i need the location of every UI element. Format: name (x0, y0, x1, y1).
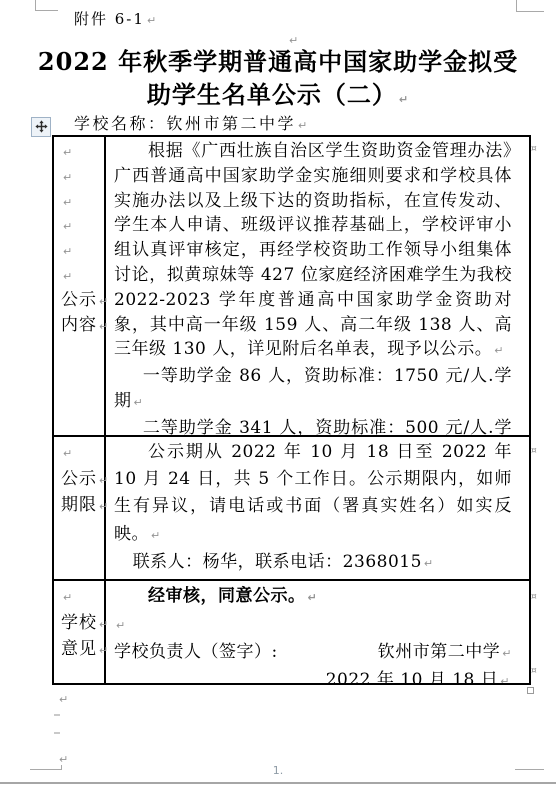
row-label-text: 期限↵ (61, 492, 104, 519)
row-label-text: 内容↵ (61, 313, 104, 338)
paragraph-mark-line: ↵ (61, 189, 104, 214)
paragraph-mark-line: ↵ (61, 238, 104, 263)
signature-line: 学校负责人（签字）: 钦州市第二中学↵ (114, 639, 512, 667)
grant-tier1-line: 一等助学金 86 人，资助标准：1750 元/人.学期↵ (114, 364, 512, 416)
four-way-arrow-icon (35, 118, 48, 137)
pilcrow-mark-icon: ↵ (308, 591, 318, 604)
pilcrow-mark-icon: ↵ (63, 196, 72, 209)
pilcrow-mark-icon: ↵ (63, 591, 72, 604)
row-label-text: 公示↵ (61, 288, 104, 313)
pilcrow-mark-icon: ↵ (298, 119, 310, 132)
document-title: 2022 年秋季学期普通高中国家助学金拟受 助学生名单公示（二）↵ (0, 45, 556, 116)
end-of-row-mark-icon: ¤ (531, 592, 537, 602)
contact-person-line: 联系人：杨华，联系电话：2368015↵ (114, 549, 512, 577)
attachment-text: 附件 6-1 (74, 10, 145, 28)
notice-body-paragraph: 根据《广西壮族自治区学生资助资金管理办法》广西普通高中国家助学金实施细则要求和学… (114, 139, 512, 364)
paragraph-mark-line: ↵ (61, 583, 104, 610)
pilcrow-mark-icon: ↵ (399, 93, 409, 106)
row-label-text: 意见↵ (61, 636, 104, 663)
signature-school: 钦州市第二中学↵ (378, 639, 512, 667)
empty-paragraph-mark: ↵ (57, 688, 68, 707)
row-label-cell-period[interactable]: ↵ 公示↵ 期限↵ (54, 437, 106, 579)
content-cell-学校意见[interactable]: 经审核，同意公示。↵ ↵ 学校负责人（签字）: 钦州市第二中学↵ 2022 年 … (106, 581, 529, 683)
signature-label: 学校负责人（签字）: (114, 639, 278, 667)
pilcrow-mark-icon: ↵ (63, 270, 72, 283)
approval-line: 经审核，同意公示。↵ (114, 583, 512, 611)
paragraph-mark-line: ↵ (61, 439, 104, 466)
row-label-cell-opinion[interactable]: ↵ 学校↵ 意见↵ (54, 581, 106, 683)
table-move-handle[interactable] (31, 117, 51, 137)
aid-center-phone-line: 钦州市学生资助管理中心电话：2819979↵ (114, 577, 512, 579)
pilcrow-mark-icon: ↵ (134, 396, 144, 409)
paragraph-mark-line: ↵ (61, 164, 104, 189)
pilcrow-mark-icon: ↵ (59, 693, 68, 706)
pilcrow-mark-icon: ↵ (116, 619, 126, 632)
school-name-line: 学校名称：钦州市第二中学↵ (74, 111, 310, 134)
table-row-content: ↵ ↵ ↵ ↵ ↵ ↵ 公示↵ 内容↵ 根据《广西壮族自治区学生资助资金管理办法… (54, 137, 529, 435)
page-bottom-edge (0, 782, 556, 784)
end-of-table-square-mark (527, 687, 534, 694)
table-row-opinion: ↵ 学校↵ 意见↵ 经审核，同意公示。↵ ↵ 学校负责人（签字）: 钦州市第二中… (54, 579, 529, 683)
table-row-period: ↵ 公示↵ 期限↵ 公示期从 2022 年 10 月 18 日至 2022 年 … (54, 435, 529, 579)
pilcrow-mark-icon: ↵ (63, 220, 72, 233)
text-boundary-corner-mark (516, 0, 544, 12)
paragraph-mark-line: ↵ (61, 213, 104, 238)
content-cell-公示内容[interactable]: 根据《广西壮族自治区学生资助资金管理办法》广西普通高中国家助学金实施细则要求和学… (106, 137, 529, 435)
grant-tier2-line: 二等助学金 341 人，资助标准：500 元/人.学期↵ (114, 416, 512, 435)
pilcrow-mark-icon: ↵ (63, 447, 72, 460)
row-label-cell-content[interactable]: ↵ ↵ ↵ ↵ ↵ ↵ 公示↵ 内容↵ (54, 137, 106, 435)
row-label-text: 学校↵ (61, 610, 104, 637)
word-document-page: 附件 6-1↵ ↵ 2022 年秋季学期普通高中国家助学金拟受 助学生名单公示（… (0, 0, 556, 786)
text-boundary-corner-mark (35, 0, 58, 11)
pilcrow-mark-icon: ↵ (502, 647, 512, 660)
pilcrow-mark-icon: ↵ (63, 171, 72, 184)
period-paragraph: 公示期从 2022 年 10 月 18 日至 2022 年 10 月 24 日，… (114, 439, 512, 549)
signature-date: 2022 年 10 月 18 日↵ (114, 667, 512, 683)
row-label-text: 公示↵ (61, 466, 104, 493)
pilcrow-mark-icon: ↵ (494, 344, 504, 357)
end-of-row-mark-icon: ¤ (531, 144, 537, 154)
pilcrow-mark-icon: ↵ (500, 675, 510, 683)
hidden-text-mark (54, 732, 60, 734)
hidden-text-mark (54, 714, 60, 716)
pilcrow-mark-icon: ↵ (151, 529, 161, 542)
notice-table: ↵ ↵ ↵ ↵ ↵ ↵ 公示↵ 内容↵ 根据《广西壮族自治区学生资助资金管理办法… (52, 135, 531, 685)
empty-paragraph-line: ↵ (114, 611, 512, 639)
pilcrow-mark-icon: ↵ (424, 557, 434, 570)
pilcrow-mark-icon: ↵ (63, 146, 72, 159)
attachment-label: 附件 6-1↵ (74, 8, 158, 29)
pilcrow-mark-icon: ↵ (63, 245, 72, 258)
title-line-1: 2022 年秋季学期普通高中国家助学金拟受 (0, 45, 556, 78)
pilcrow-mark-icon: ↵ (147, 14, 158, 27)
paragraph-mark-line: ↵ (61, 139, 104, 164)
paragraph-mark-line: ↵ (61, 263, 104, 288)
end-of-row-mark-icon: ¤ (531, 666, 537, 676)
page-number: 1. (0, 764, 556, 777)
content-cell-公示期限[interactable]: 公示期从 2022 年 10 月 18 日至 2022 年 10 月 24 日，… (106, 437, 529, 579)
end-of-row-mark-icon: ¤ (531, 446, 537, 456)
